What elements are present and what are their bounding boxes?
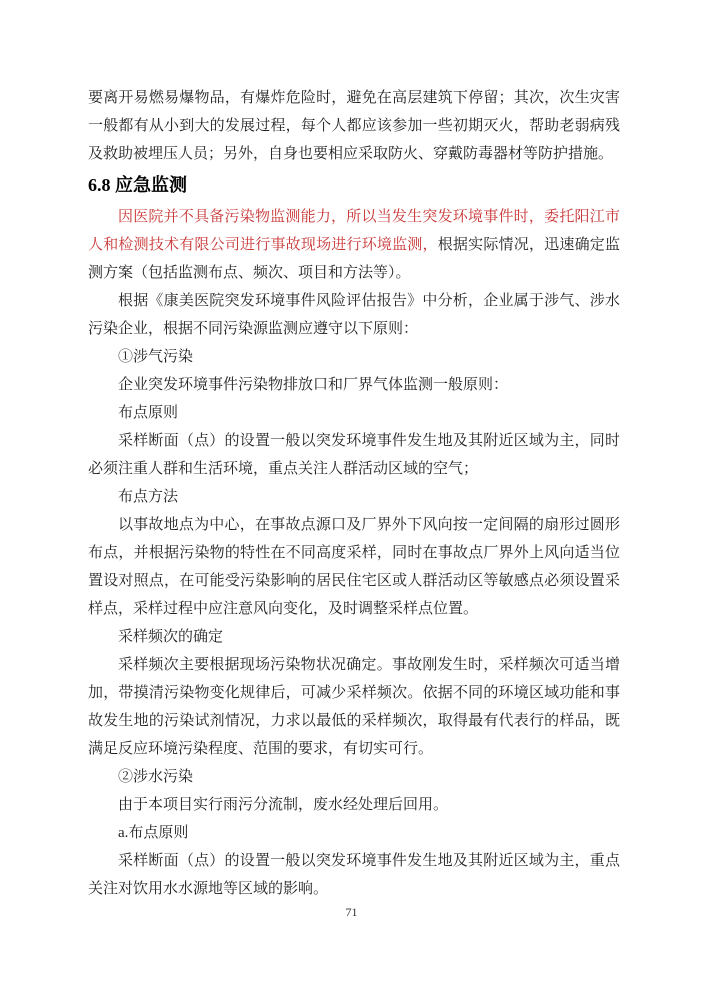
paragraph-emergency-monitoring: 因医院并不具备污染物监测能力，所以当发生突发环境事件时，委托阳江市人和检测技术有… bbox=[88, 203, 620, 287]
paragraph: 企业突发环境事件污染物排放口和厂界气体监测一般原则： bbox=[88, 371, 620, 399]
paragraph: 由于本项目实行雨污分流制，废水经处理后回用。 bbox=[88, 791, 620, 819]
paragraph: 以事故地点为中心，在事故点源口及厂界外下风向按一定间隔的扇形过圆形布点，并根据污… bbox=[88, 511, 620, 623]
paragraph: 采样断面（点）的设置一般以突发环境事件发生地及其附近区域为主，重点关注对饮用水水… bbox=[88, 847, 620, 903]
document-page: 要离开易燃易爆物品，有爆炸危险时，避免在高层建筑下停留；其次，次生灾害一般都有从… bbox=[0, 0, 703, 994]
paragraph: 采样频次主要根据现场污染物状况确定。事故刚发生时，采样频次可适当增加，带摸清污染… bbox=[88, 651, 620, 763]
paragraph-subheading-a-layout-principle: a.布点原则 bbox=[88, 819, 620, 847]
paragraph-list-item-water: ②涉水污染 bbox=[88, 763, 620, 791]
page-number: 71 bbox=[0, 905, 703, 920]
paragraph: 采样断面（点）的设置一般以突发环境事件发生地及其附近区域为主，同时必须注重人群和… bbox=[88, 427, 620, 483]
document-content: 要离开易燃易爆物品，有爆炸危险时，避免在高层建筑下停留；其次，次生灾害一般都有从… bbox=[88, 84, 620, 903]
paragraph-subheading-layout-method: 布点方法 bbox=[88, 483, 620, 511]
section-heading: 6.8 应急监测 bbox=[88, 172, 620, 198]
paragraph: 根据《康美医院突发环境事件风险评估报告》中分析，企业属于涉气、涉水污染企业，根据… bbox=[88, 287, 620, 343]
paragraph-continuation: 要离开易燃易爆物品，有爆炸危险时，避免在高层建筑下停留；其次，次生灾害一般都有从… bbox=[88, 84, 620, 168]
paragraph-subheading-sampling-frequency: 采样频次的确定 bbox=[88, 623, 620, 651]
paragraph-list-item-gas: ①涉气污染 bbox=[88, 343, 620, 371]
paragraph-subheading-layout-principle: 布点原则 bbox=[88, 399, 620, 427]
